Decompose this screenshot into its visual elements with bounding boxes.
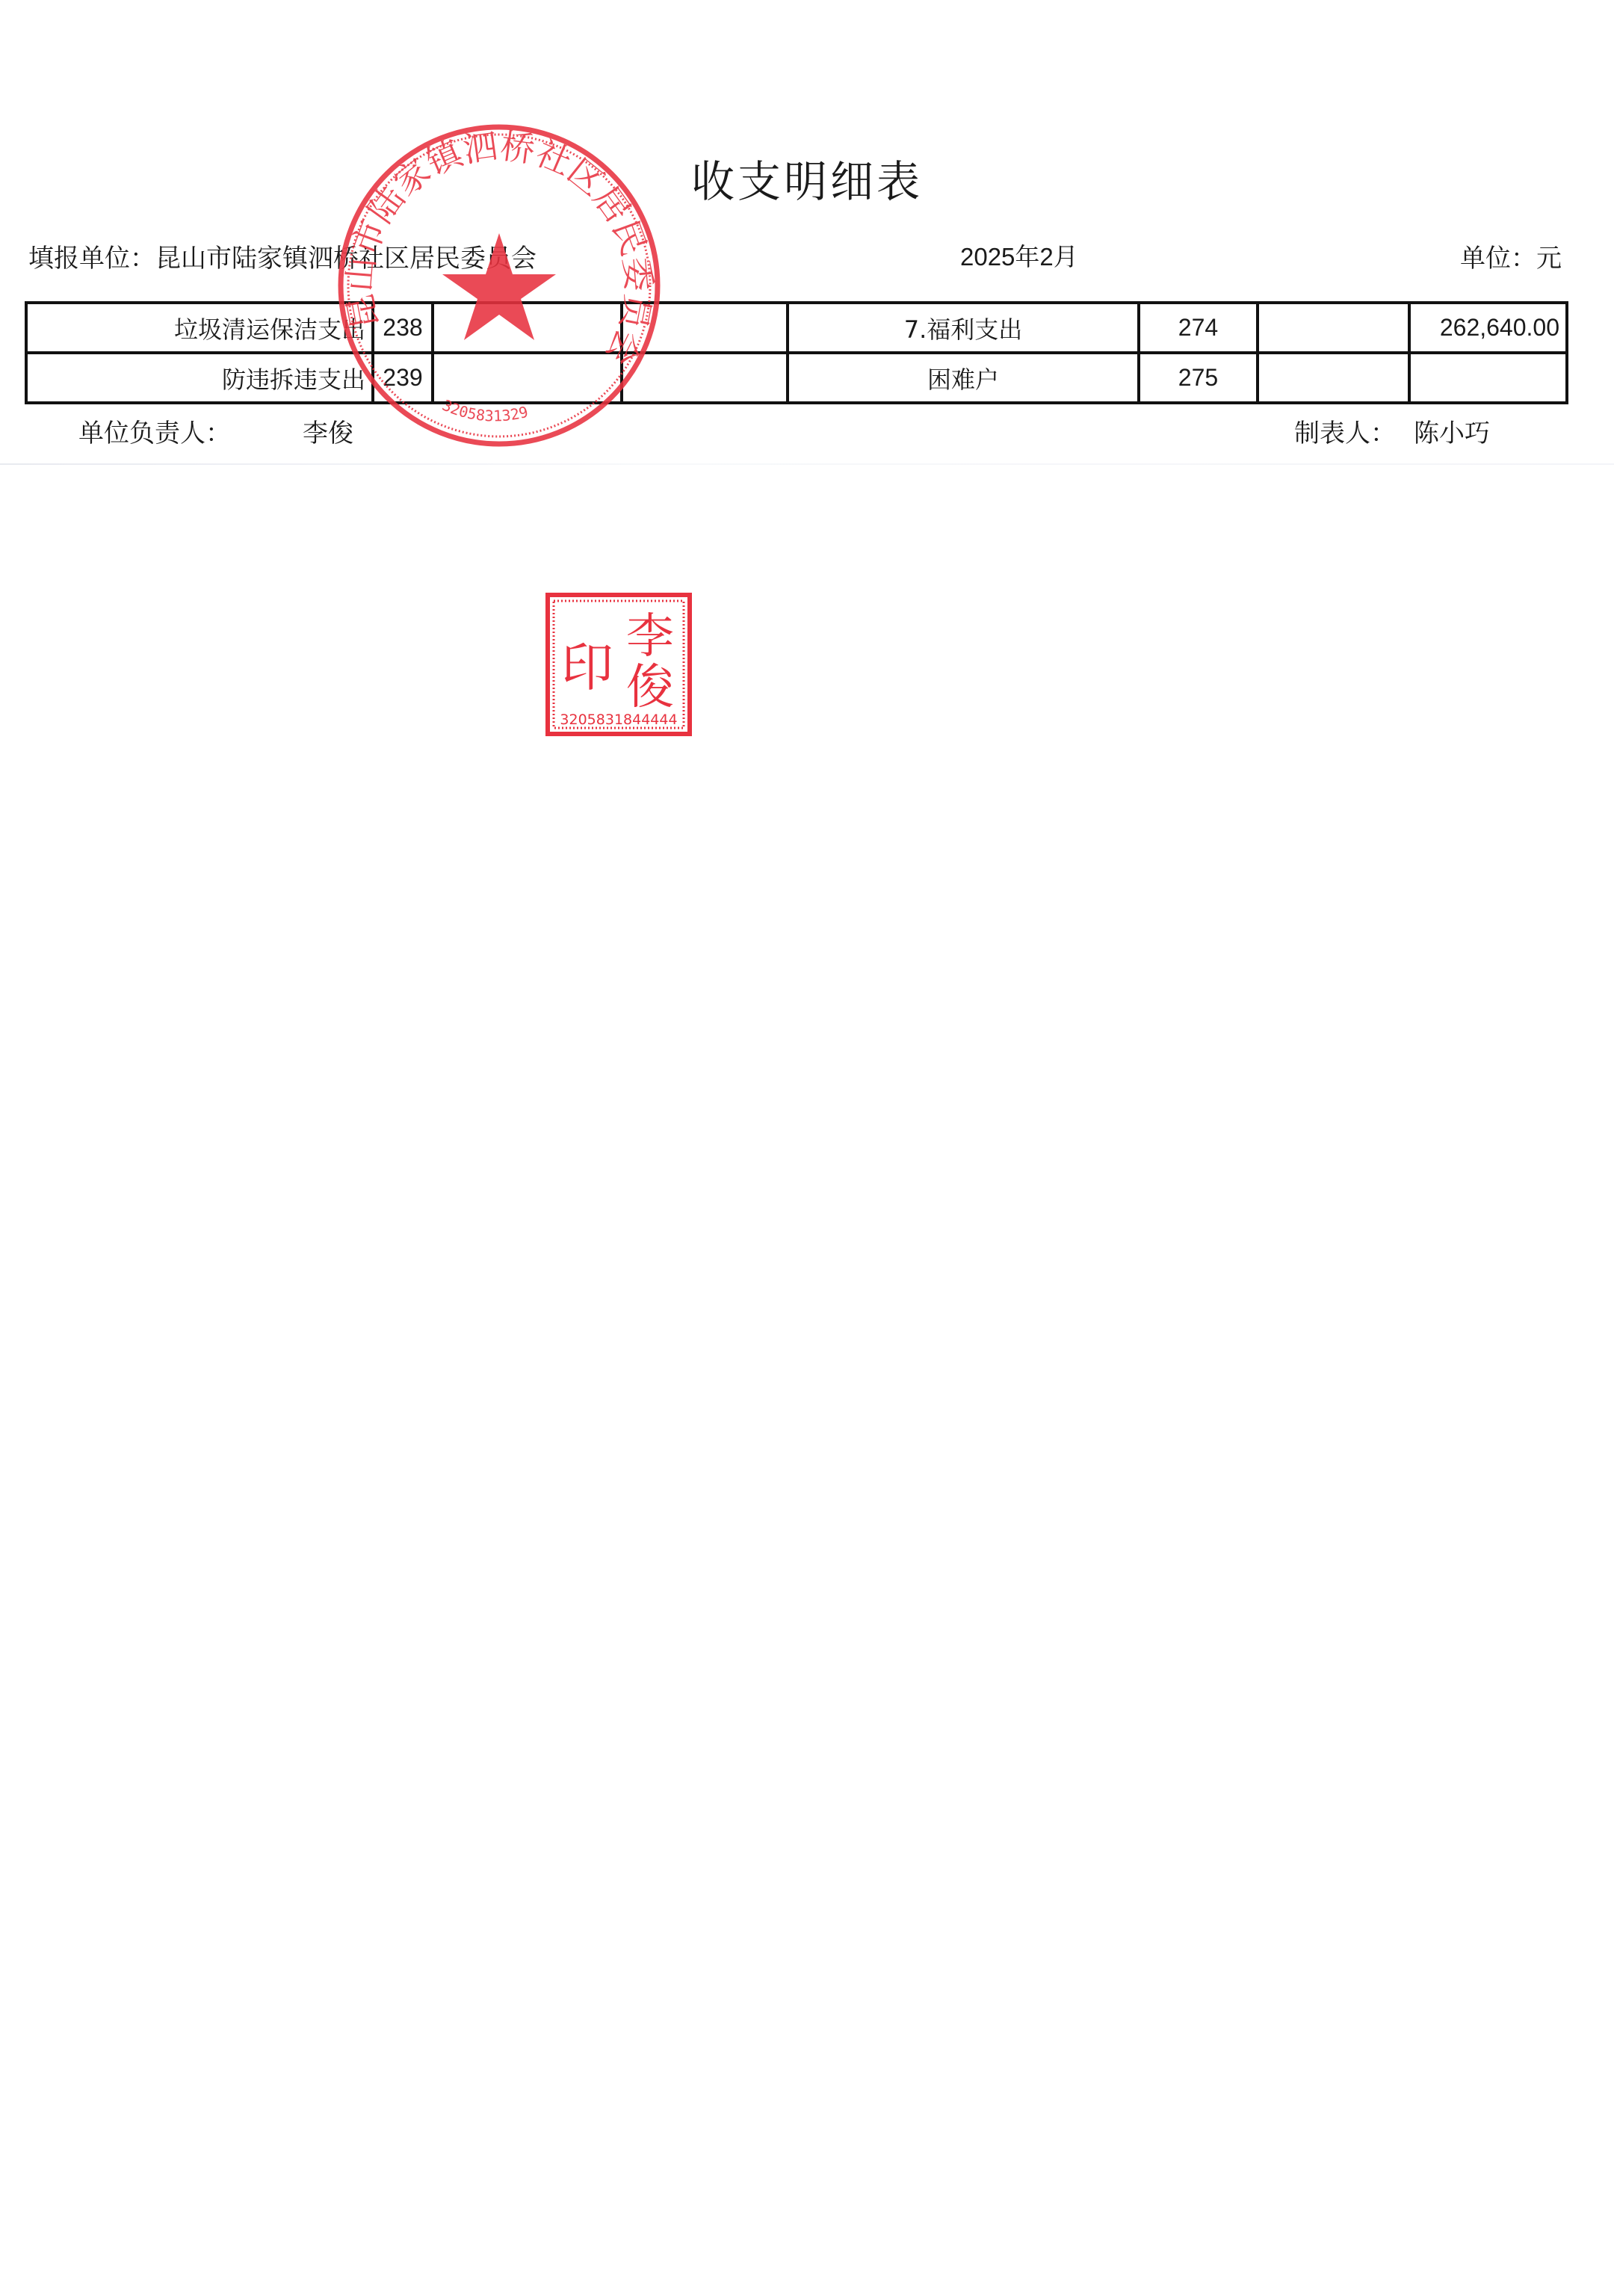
personal-seal-stamp: 李 俊 印 3205831844444 <box>545 593 692 736</box>
reporting-unit: 填报单位：昆山市陆家镇泗桥社区居民委员会 <box>28 238 537 274</box>
left-item-name: 防违拆违支出 <box>26 353 373 403</box>
seal-char-li: 李 <box>626 609 674 664</box>
ledger-table: 垃圾清运保洁支出 238 7.福利支出 274 262,640.00 防违拆违支… <box>25 301 1568 404</box>
personal-seal-code: 3205831844444 <box>560 712 677 728</box>
table-row: 垃圾清运保洁支出 238 7.福利支出 274 262,640.00 <box>26 303 1567 353</box>
left-value-1 <box>433 353 622 403</box>
left-item-name: 垃圾清运保洁支出 <box>26 303 373 353</box>
left-item-code: 239 <box>373 353 433 403</box>
seal-char-yin: 印 <box>561 637 613 698</box>
preparer-label: 制表人： <box>1294 413 1396 449</box>
seal-char-jun: 俊 <box>626 660 674 715</box>
right-value-1 <box>1258 303 1409 353</box>
document-title: 收支明细表 <box>0 146 1614 209</box>
scan-edge-divider <box>0 463 1614 465</box>
right-value-1 <box>1258 353 1409 403</box>
right-item-code: 274 <box>1139 303 1258 353</box>
right-item-name: 7.福利支出 <box>788 303 1139 353</box>
left-value-2 <box>622 353 788 403</box>
left-item-code: 238 <box>373 303 433 353</box>
preparer-name: 陈小巧 <box>1414 413 1490 449</box>
table-row: 防违拆违支出 239 困难户 275 <box>26 353 1567 403</box>
left-value-1 <box>433 303 622 353</box>
right-item-code: 275 <box>1139 353 1258 403</box>
right-value-2: 262,640.00 <box>1409 303 1567 353</box>
currency-unit: 单位：元 <box>1460 238 1562 274</box>
left-value-2 <box>622 303 788 353</box>
right-value-2 <box>1409 353 1567 403</box>
report-period: 2025年2月 <box>960 238 1078 273</box>
right-item-name: 困难户 <box>788 353 1139 403</box>
responsible-person-label: 单位负责人： <box>78 413 231 449</box>
responsible-person-name: 李俊 <box>303 413 353 449</box>
